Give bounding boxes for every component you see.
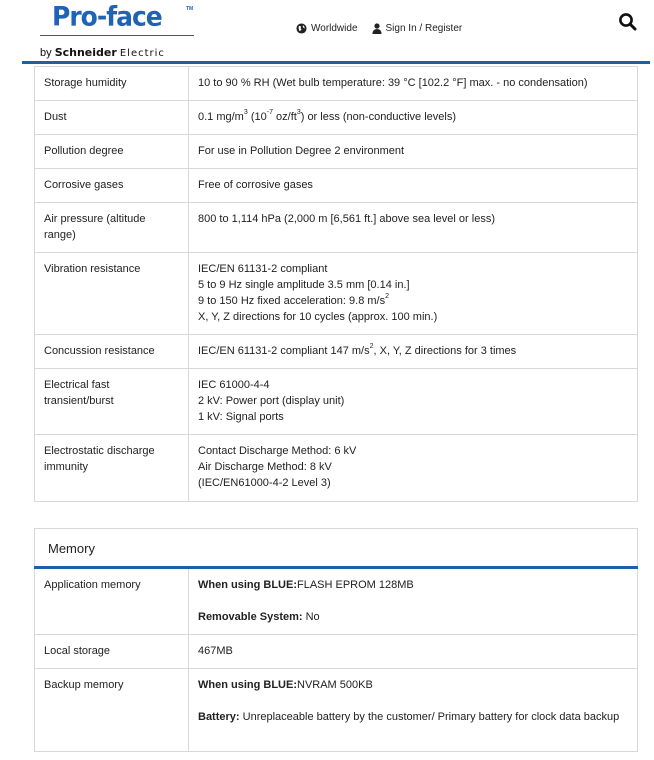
- search-button[interactable]: [618, 12, 638, 32]
- table-row: Application memory When using BLUE:FLASH…: [35, 569, 638, 634]
- worldwide-link[interactable]: Worldwide: [296, 23, 358, 34]
- logo-brand: Pro-face: [52, 1, 162, 31]
- table-row: Local storage 467MB: [35, 634, 638, 668]
- logo-trademark: TM: [186, 6, 193, 12]
- spec-key: Storage humidity: [35, 67, 189, 101]
- spec-key: Electrical fast transient/burst: [35, 369, 189, 435]
- spec-value: 10 to 90 % RH (Wet bulb temperature: 39 …: [189, 67, 638, 101]
- memory-spec-table: Application memory When using BLUE:FLASH…: [34, 569, 638, 752]
- spec-key: Application memory: [35, 569, 189, 634]
- spec-key: Local storage: [35, 634, 189, 668]
- table-row: Electrostatic discharge immunity Contact…: [35, 435, 638, 502]
- top-links: Worldwide Sign In / Register: [296, 23, 476, 34]
- spec-key: Electrostatic discharge immunity: [35, 435, 189, 502]
- spec-key: Dust: [35, 101, 189, 135]
- memory-section-header: Memory: [34, 528, 638, 567]
- logo-subtitle: by Schneider Electric: [40, 46, 165, 59]
- table-row: Electrical fast transient/burst IEC 6100…: [35, 369, 638, 435]
- table-row: Backup memory When using BLUE:NVRAM 500K…: [35, 668, 638, 751]
- table-row: Vibration resistance IEC/EN 61131-2 comp…: [35, 253, 638, 335]
- environment-spec-table: Storage humidity 10 to 90 % RH (Wet bulb…: [34, 66, 638, 502]
- spec-value: Contact Discharge Method: 6 kV Air Disch…: [189, 435, 638, 502]
- sign-in-register-link[interactable]: Sign In / Register: [372, 23, 463, 34]
- user-icon: [372, 23, 382, 34]
- spec-value: For use in Pollution Degree 2 environmen…: [189, 135, 638, 169]
- section-title: Memory: [48, 541, 95, 556]
- table-row: Storage humidity 10 to 90 % RH (Wet bulb…: [35, 67, 638, 101]
- spec-value: When using BLUE:FLASH EPROM 128MB Remova…: [189, 569, 638, 634]
- spec-value: 467MB: [189, 634, 638, 668]
- spec-value: 800 to 1,114 hPa (2,000 m [6,561 ft.] ab…: [189, 203, 638, 253]
- table-row: Dust 0.1 mg/m3 (10-7 oz/ft3) or less (no…: [35, 101, 638, 135]
- spec-key: Air pressure (altitude range): [35, 203, 189, 253]
- table-row: Corrosive gases Free of corrosive gases: [35, 169, 638, 203]
- table-row: Concussion resistance IEC/EN 61131-2 com…: [35, 335, 638, 369]
- header-accent-bar: [22, 61, 650, 64]
- spec-value: IEC/EN 61131-2 compliant 147 m/s2, X, Y,…: [189, 335, 638, 369]
- table-row: Air pressure (altitude range) 800 to 1,1…: [35, 203, 638, 253]
- spec-value: IEC/EN 61131-2 compliant 5 to 9 Hz singl…: [189, 253, 638, 335]
- spec-value: IEC 61000-4-4 2 kV: Power port (display …: [189, 369, 638, 435]
- spec-value: Free of corrosive gases: [189, 169, 638, 203]
- globe-icon: [296, 23, 307, 34]
- search-icon: [618, 23, 638, 35]
- spec-key: Corrosive gases: [35, 169, 189, 203]
- spec-key: Vibration resistance: [35, 253, 189, 335]
- logo-divider: [40, 35, 194, 36]
- table-row: Pollution degree For use in Pollution De…: [35, 135, 638, 169]
- spec-key: Backup memory: [35, 668, 189, 751]
- spec-key: Concussion resistance: [35, 335, 189, 369]
- site-header: Pro-face TM by Schneider Electric Worldw…: [0, 0, 654, 65]
- spec-value: 0.1 mg/m3 (10-7 oz/ft3) or less (non-con…: [189, 101, 638, 135]
- spec-key: Pollution degree: [35, 135, 189, 169]
- spec-value: When using BLUE:NVRAM 500KB Battery: Unr…: [189, 668, 638, 751]
